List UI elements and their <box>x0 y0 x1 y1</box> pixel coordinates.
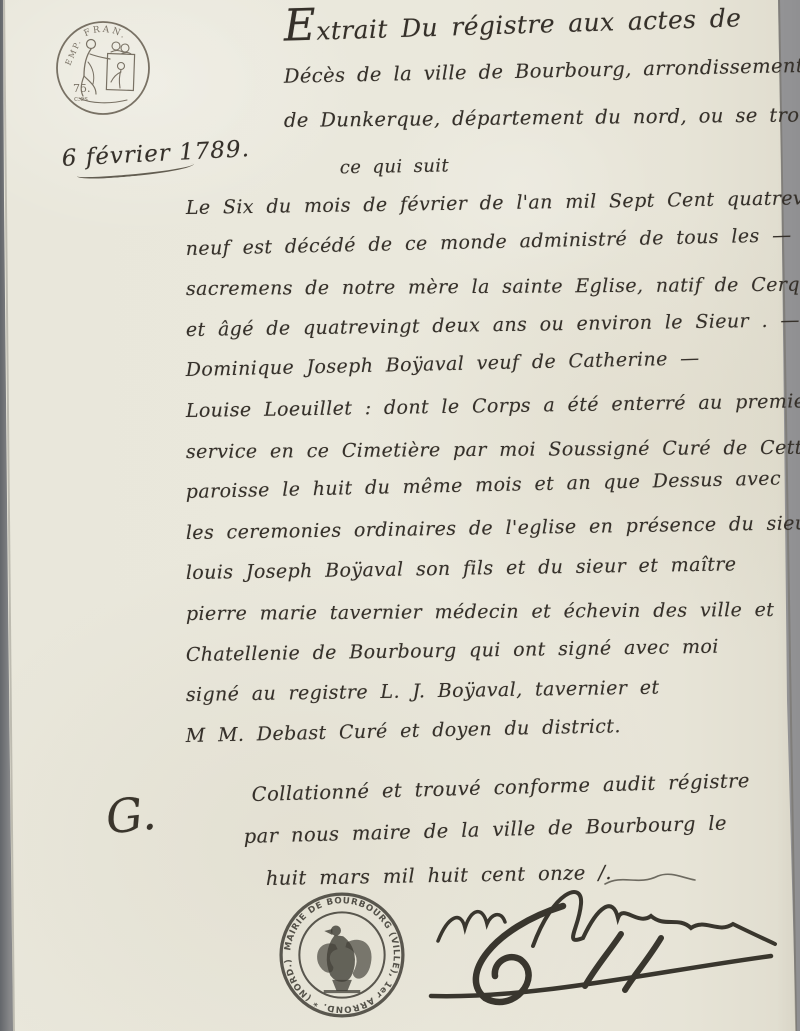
revenue-stamp-denomination: 75. <box>73 82 91 95</box>
imperial-eagle-icon <box>318 926 371 991</box>
margin-paraph: G. <box>103 786 158 845</box>
town-seal-icon: MAIRIE DE BOURBOURG (VILLE), 1er ARROND.… <box>276 888 408 1022</box>
revenue-stamp-icon: FRAN. EMP. 75. c.es <box>53 14 153 126</box>
revenue-stamp-empire-text: EMP. <box>64 37 84 67</box>
manuscript-line: Louise Loeuillet : dont le Corps a été e… <box>186 391 787 441</box>
scanned-document-page: FRAN. EMP. 75. c.es 6 février 1789. Extr… <box>0 0 800 1031</box>
act-body: Le Six du mois de février de l'an mil Se… <box>186 197 786 765</box>
header-line: de Dunkerque, département du nord, ou se… <box>284 103 800 156</box>
manuscript-line: louis Joseph Boÿaval son fils et du sieu… <box>186 553 787 603</box>
document-header: Extrait Du régistre aux actes de Décès d… <box>284 8 800 200</box>
signature-flourish-icon <box>413 866 798 1026</box>
revenue-stamp-denomination-unit: c.es <box>74 95 88 103</box>
